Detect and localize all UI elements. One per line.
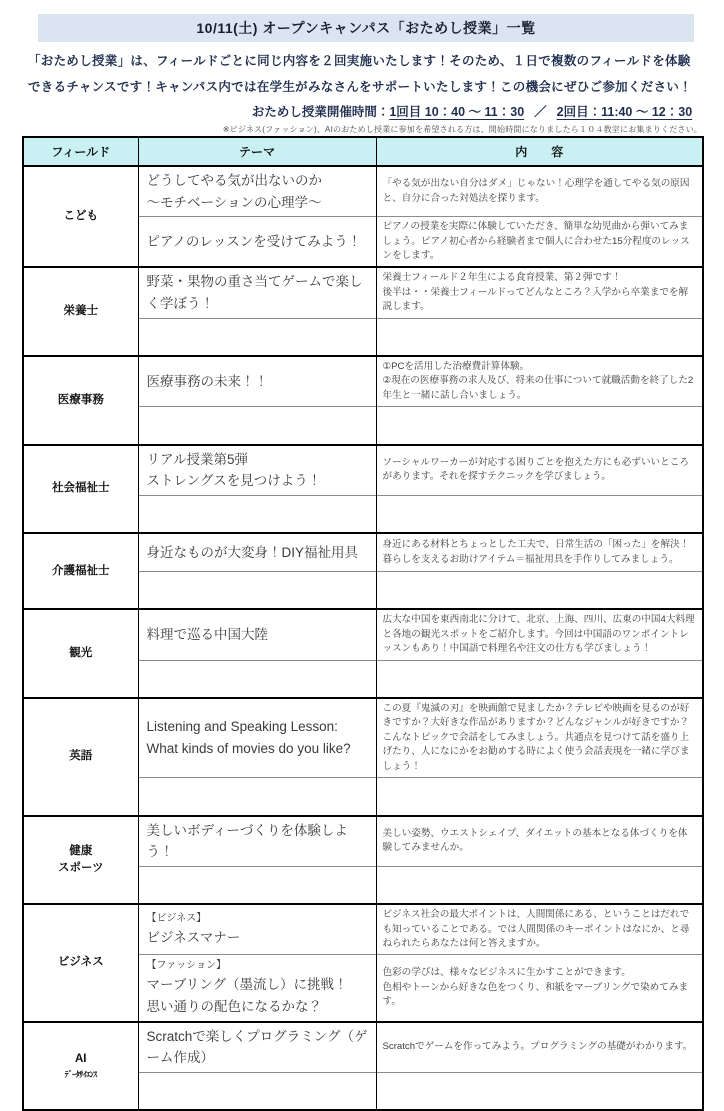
table-row: 社会福祉士リアル授業第5弾ストレングスを見つけよう！ソーシャルワーカーが対応する…: [23, 445, 703, 496]
theme-cell: Listening and Speaking Lesson:What kinds…: [138, 698, 376, 777]
content-cell: ピアノの授業を実際に体験していただき、簡単な幼児曲から弾いてみましょう。ピアノ初…: [376, 217, 703, 268]
table-header: フィールド テーマ 内 容: [23, 137, 703, 166]
theme-cell: [138, 318, 376, 356]
theme-cell: [138, 778, 376, 816]
field-label: スポーツ: [26, 860, 136, 877]
theme-text: [147, 507, 372, 521]
note-text: ※ビジネス(ファッション)、AIのおためし授業に参加を希望される方は、開始時間に…: [0, 124, 702, 135]
field-cell: 介護福祉士: [23, 533, 138, 609]
theme-text: 身近なものが大変身！DIY福祉用具: [147, 542, 372, 564]
content-cell: 身近にある材料とちょっとした工夫で、日常生活の「困った」を解決！暮らしを支えるお…: [376, 533, 703, 571]
content-cell: ソーシャルワーカーが対応する困りごとを抱えた方にも必ずいいところがあります。それ…: [376, 445, 703, 496]
column-header-theme: テーマ: [138, 137, 376, 166]
content-cell: 広大な中国を東西南北に分けて、北京、上海、四川、広東の中国4大料理と各地の観光ス…: [376, 609, 703, 660]
field-cell: ビジネス: [23, 904, 138, 1021]
field-label: 医療事務: [26, 392, 136, 409]
field-cell: 英語: [23, 698, 138, 815]
theme-cell: [138, 1072, 376, 1110]
content-cell: [376, 1072, 703, 1110]
field-label: こども: [26, 208, 136, 225]
theme-cell: 【ファッション】マーブリング（墨流し）に挑戦！思い通りの配色になるかな？: [138, 955, 376, 1022]
field-cell: AIﾃﾞｰﾀｻｲｴﾝｽ: [23, 1022, 138, 1111]
theme-text: [147, 790, 372, 804]
page-title: 10/11(土) オープンキャンパス「おためし授業」一覧: [38, 14, 694, 42]
theme-text: マーブリング（墨流し）に挑戦！: [147, 974, 372, 996]
content-cell: 栄養士フィールド２年生による食育授業、第２弾です！ 後半は・・栄養士フィールドっ…: [376, 267, 703, 318]
content-cell: [376, 660, 703, 698]
theme-text: 【ファッション】: [147, 958, 372, 974]
schedule-separator: ／: [534, 105, 547, 119]
content-cell: 美しい姿勢、ウエストシェイプ、ダイエットの基本となる体づくりを体験してみませんか…: [376, 816, 703, 867]
theme-cell: ピアノのレッスンを受けてみよう！: [138, 217, 376, 268]
theme-text: Scratchで楽しくプログラミング（ゲーム作成）: [147, 1026, 372, 1069]
column-header-content: 内 容: [376, 137, 703, 166]
table-row: AIﾃﾞｰﾀｻｲｴﾝｽScratchで楽しくプログラミング（ゲーム作成）Scra…: [23, 1022, 703, 1073]
theme-text: [147, 419, 372, 433]
theme-text: [147, 583, 372, 597]
document-page: 10/11(土) オープンキャンパス「おためし授業」一覧 「おためし授業」は、フ…: [0, 0, 724, 1111]
content-cell: [376, 407, 703, 445]
theme-cell: 野菜・果物の重さ当てゲームで楽しく学ぼう！: [138, 267, 376, 318]
field-label: 栄養士: [26, 303, 136, 320]
theme-cell: リアル授業第5弾ストレングスを見つけよう！: [138, 445, 376, 496]
table-row: 介護福祉士身近なものが大変身！DIY福祉用具身近にある材料とちょっとした工夫で、…: [23, 533, 703, 571]
theme-text: Listening and Speaking Lesson:: [147, 716, 372, 738]
schedule-label: おためし授業開催時間：: [252, 105, 390, 119]
table-row: 医療事務医療事務の未来！！①PCを活用した治療費計算体験。 ②現在の医療事務の求…: [23, 356, 703, 407]
theme-cell: [138, 407, 376, 445]
theme-cell: [138, 660, 376, 698]
field-cell: 社会福祉士: [23, 445, 138, 534]
theme-text: [147, 878, 372, 892]
table-row: 健康スポーツ美しいボディーづくりを体験しよう！美しい姿勢、ウエストシェイプ、ダイ…: [23, 816, 703, 867]
content-cell: [376, 778, 703, 816]
content-cell: 色彩の学びは、様々なビジネスに生かすことができます。 色相やトーンから好きな色を…: [376, 955, 703, 1022]
content-cell: ①PCを活用した治療費計算体験。 ②現在の医療事務の求人及び、将来の仕事について…: [376, 356, 703, 407]
theme-text: 料理で巡る中国大陸: [147, 624, 372, 646]
content-cell: [376, 318, 703, 356]
field-label: ビジネス: [26, 954, 136, 971]
table-row: こどもどうしてやる気が出ないのか～モチベーションの心理学～「やる気が出ない自分は…: [23, 166, 703, 217]
field-cell: 観光: [23, 609, 138, 698]
content-cell: この夏『鬼滅の刃』を映画館で見ましたか？テレビや映画を見るのが好きですか？大好き…: [376, 698, 703, 777]
theme-text: [147, 672, 372, 686]
theme-text: ビジネスマナー: [147, 927, 372, 949]
table-row: 観光料理で巡る中国大陸広大な中国を東西南北に分けて、北京、上海、四川、広東の中国…: [23, 609, 703, 660]
theme-text: [147, 1084, 372, 1098]
field-cell: 健康スポーツ: [23, 816, 138, 905]
content-cell: 「やる気が出ない自分はダメ」じゃない！心理学を通してやる気の原因と、自分に合った…: [376, 166, 703, 217]
theme-text: ピアノのレッスンを受けてみよう！: [147, 231, 372, 253]
field-cell: 栄養士: [23, 267, 138, 356]
field-label: 観光: [26, 645, 136, 662]
field-label: 社会福祉士: [26, 480, 136, 497]
field-label: ﾃﾞｰﾀｻｲｴﾝｽ: [26, 1069, 136, 1081]
theme-cell: 【ビジネス】ビジネスマナー: [138, 904, 376, 955]
theme-cell: [138, 495, 376, 533]
table-row: 英語Listening and Speaking Lesson:What kin…: [23, 698, 703, 777]
theme-text: 【ビジネス】: [147, 911, 372, 927]
theme-text: どうしてやる気が出ないのか: [147, 170, 372, 192]
content-cell: Scratchでゲームを作ってみよう。プログラミングの基礎がわかります。: [376, 1022, 703, 1073]
theme-text: 野菜・果物の重さ当てゲームで楽しく学ぼう！: [147, 271, 372, 314]
theme-cell: どうしてやる気が出ないのか～モチベーションの心理学～: [138, 166, 376, 217]
theme-text: 思い通りの配色になるかな？: [147, 996, 372, 1018]
table-body: こどもどうしてやる気が出ないのか～モチベーションの心理学～「やる気が出ない自分は…: [23, 166, 703, 1110]
schedule-line: おためし授業開催時間：1回目 10：40 ～ 11：30／2回目：11:40 ～…: [0, 102, 724, 120]
content-cell: ビジネス社会の最大ポイントは、人間関係にある、ということはだれでも知っていること…: [376, 904, 703, 955]
theme-cell: 医療事務の未来！！: [138, 356, 376, 407]
schedule-session-1: 1回目 10：40 ～ 11：30: [389, 105, 524, 119]
theme-cell: 美しいボディーづくりを体験しよう！: [138, 816, 376, 867]
field-cell: こども: [23, 166, 138, 267]
content-cell: [376, 571, 703, 609]
theme-cell: [138, 866, 376, 904]
theme-text: ～モチベーションの心理学～: [147, 192, 372, 214]
column-header-field: フィールド: [23, 137, 138, 166]
theme-text: What kinds of movies do you like?: [147, 738, 372, 760]
field-cell: 医療事務: [23, 356, 138, 445]
content-cell: [376, 495, 703, 533]
field-label: 健康: [26, 843, 136, 860]
trial-lessons-table: フィールド テーマ 内 容 こどもどうしてやる気が出ないのか～モチベーションの心…: [22, 136, 704, 1111]
theme-cell: [138, 571, 376, 609]
field-label: 英語: [26, 748, 136, 765]
theme-cell: 料理で巡る中国大陸: [138, 609, 376, 660]
field-label: 介護福祉士: [26, 563, 136, 580]
intro-text: 「おためし授業」は、フィールドごとに同じ内容を２回実施いたします！そのため、１日…: [28, 48, 702, 100]
content-cell: [376, 866, 703, 904]
theme-text: 美しいボディーづくりを体験しよう！: [147, 820, 372, 863]
theme-text: [147, 330, 372, 344]
table-row: 栄養士野菜・果物の重さ当てゲームで楽しく学ぼう！栄養士フィールド２年生による食育…: [23, 267, 703, 318]
theme-cell: Scratchで楽しくプログラミング（ゲーム作成）: [138, 1022, 376, 1073]
theme-text: リアル授業第5弾: [147, 449, 372, 471]
field-label: AI: [26, 1051, 136, 1068]
schedule-session-2: 2回目：11:40 ～ 12：30: [557, 105, 693, 119]
theme-cell: 身近なものが大変身！DIY福祉用具: [138, 533, 376, 571]
theme-text: ストレングスを見つけよう！: [147, 470, 372, 492]
theme-text: 医療事務の未来！！: [147, 371, 372, 393]
table-row: ビジネス【ビジネス】ビジネスマナービジネス社会の最大ポイントは、人間関係にある、…: [23, 904, 703, 955]
header-row: フィールド テーマ 内 容: [23, 137, 703, 166]
